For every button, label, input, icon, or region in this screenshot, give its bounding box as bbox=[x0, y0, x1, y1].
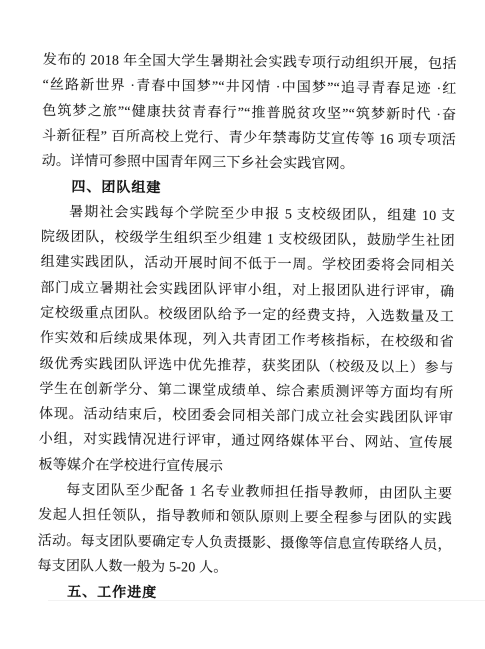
text-line: 小组，对实践情况进行评审，通过网络媒体平台、网站、宣传展 bbox=[39, 427, 453, 457]
document-content: 发布的 2018 年全国大学生暑期社会实践专项行动组织开展，包括“丝路新世界 ·… bbox=[37, 48, 457, 609]
text-line: 作实效和后续成果体现，列入共青团工作考核指标，在校级和省 bbox=[40, 326, 454, 356]
paragraph: 每支团队至少配备 1 名专业教师担任指导教师，由团队主要发起人担任领队，指导教师… bbox=[37, 478, 452, 584]
scan-artifact-line bbox=[48, 600, 485, 601]
text-line: 组建实践团队，活动开展时间不低于一周。学校团委将会同相关 bbox=[41, 250, 455, 280]
section-heading: 五、工作进度 bbox=[37, 579, 451, 609]
text-line: 发起人担任领队，指导教师和领队原则上要全程参与团队的实践 bbox=[38, 503, 452, 533]
paragraph: 暑期社会实践每个学院至少申报 5 支校级团队，组建 10 支院级团队，校级学生组… bbox=[38, 200, 455, 483]
document-page: 发布的 2018 年全国大学生暑期社会实践专项行动组织开展，包括“丝路新世界 ·… bbox=[0, 0, 485, 649]
paragraph: 发布的 2018 年全国大学生暑期社会实践专项行动组织开展，包括“丝路新世界 ·… bbox=[42, 48, 457, 179]
text-line: “丝路新世界 ·青春中国梦”“井冈情 ·中国梦”“追寻青春足迹 ·红 bbox=[42, 73, 456, 103]
